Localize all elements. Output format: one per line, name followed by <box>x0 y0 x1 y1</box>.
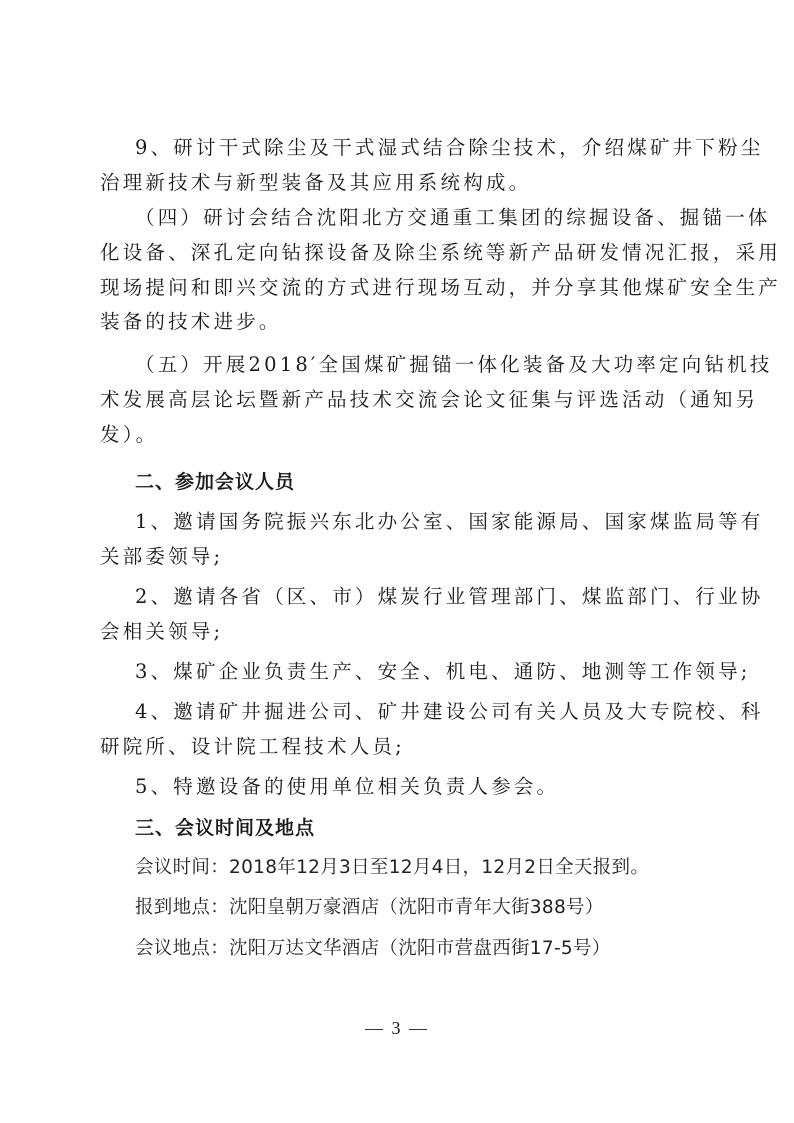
attendee-2-line-1: 2、邀请各省（区、市）煤炭行业管理部门、煤监部门、行业协 <box>135 585 695 609</box>
meeting-location: 会议地点：沈阳万达文华酒店（沈阳市营盘西街17-5号） <box>135 937 695 961</box>
attendee-1-line-1: 1、邀请国务院振兴东北办公室、国家能源局、国家煤监局等有 <box>135 510 695 534</box>
section-heading-attendees: 二、参加会议人员 <box>135 470 695 494</box>
attendee-4-line-2: 研院所、设计院工程技术人员; <box>100 735 694 759</box>
para-5-line-2: 术发展高层论坛暨新产品技术交流会论文征集与评选活动（通知另 <box>100 388 694 412</box>
attendee-3: 3、煤矿企业负责生产、安全、机电、通防、地测等工作领导; <box>135 660 695 684</box>
attendee-4-line-1: 4、邀请矿井掘进公司、矿井建设公司有关人员及大专院校、科 <box>135 700 695 724</box>
para-4-line-1: （四）研讨会结合沈阳北方交通重工集团的综掘设备、掘锚一体 <box>135 206 695 230</box>
para-4-line-3: 现场提问和即兴交流的方式进行现场互动，并分享其他煤矿安全生产 <box>100 276 694 300</box>
para-4-line-4: 装备的技术进步。 <box>100 310 694 334</box>
item-9-line-2: 治理新技术与新型装备及其应用系统构成。 <box>100 171 694 195</box>
para-4-line-2: 化设备、深孔定向钻探设备及除尘系统等新产品研发情况汇报，采用 <box>100 241 694 265</box>
attendee-2-line-2: 会相关领导; <box>100 620 694 644</box>
attendee-5: 5、特邀设备的使用单位相关负责人参会。 <box>135 775 695 799</box>
section-heading-time-location: 三、会议时间及地点 <box>135 816 695 840</box>
registration-location: 报到地点：沈阳皇朝万豪酒店（沈阳市青年大街388号） <box>135 896 695 920</box>
item-9-line-1: 9、研讨干式除尘及干式湿式结合除尘技术，介绍煤矿井下粉尘 <box>135 136 695 160</box>
para-5-line-3: 发）。 <box>100 423 694 447</box>
attendee-1-line-2: 关部委领导; <box>100 545 694 569</box>
meeting-time: 会议时间：2018年12月3日至12月4日，12月2日全天报到。 <box>135 856 695 880</box>
para-5-line-1: （五）开展2018′全国煤矿掘锚一体化装备及大功率定向钻机技 <box>135 353 695 377</box>
page-number: — 3 — <box>0 1018 794 1039</box>
